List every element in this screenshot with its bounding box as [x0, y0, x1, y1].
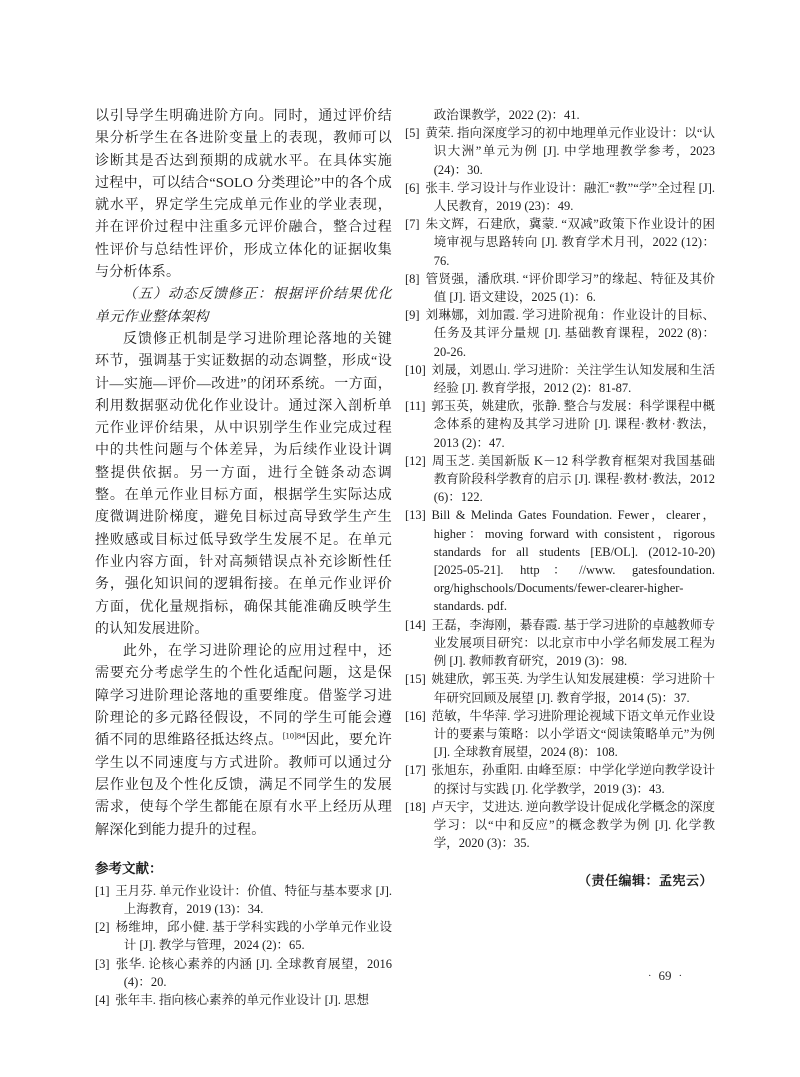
reference-item: [12]周玉芝. 美国新版 K－12 科学教育框架对我国基础教育阶段科学教育的启…	[405, 452, 715, 507]
reference-text: 刘琳娜，刘加霞. 学习进阶视角：作业设计的目标、任务及其评分量规 [J]. 基础…	[425, 308, 715, 358]
citation-superscript: [10]84	[283, 731, 306, 741]
reference-item: [16]范敏，牛华萍. 学习进阶理论视域下语文单元作业设计的要素与策略：以小学语…	[405, 707, 715, 762]
reference-text: 张旭东，孙重阳. 由峰至原：中学化学逆向教学设计的探讨与实践 [J]. 化学教学…	[431, 763, 715, 795]
reference-text: 黄荣. 指向深度学习的初中地理单元作业设计：以“认识大洲”单元为例 [J]. 中…	[425, 126, 715, 176]
page-number-dot: ·	[679, 970, 683, 982]
reference-label: [6]	[405, 181, 420, 195]
reference-label: [11]	[405, 399, 425, 413]
section-heading: （五）动态反馈修正：根据评价结果优化单元作业整体架构	[95, 284, 392, 329]
reference-label: [15]	[405, 672, 426, 686]
reference-item: [5]黄荣. 指向深度学习的初中地理单元作业设计：以“认识大洲”单元为例 [J]…	[405, 124, 715, 179]
reference-label: [10]	[405, 363, 426, 377]
reference-item: [3]张华. 论核心素养的内涵 [J]. 全球教育展望，2016 (4)：20.	[95, 955, 392, 991]
reference-text: 朱文辉，石建欣，冀蒙. “双减”政策下作业设计的困境审视与思路转向 [J]. 教…	[425, 217, 715, 267]
right-column: 政治课教学，2022 (2)：41. [5]黄荣. 指向深度学习的初中地理单元作…	[405, 106, 715, 889]
reference-item: [6]张丰. 学习设计与作业设计：融汇“教”“学”全过程 [J]. 人民教育，2…	[405, 179, 715, 215]
reference-label: [9]	[405, 308, 420, 322]
body-paragraph-personalization: 此外，在学习进阶理论的应用过程中，还需要充分考虑学生的个性化适配问题，这是保障学…	[95, 641, 392, 842]
reference-item: [1]王月芬. 单元作业设计：价值、特征与基本要求 [J]. 上海教育，2019…	[95, 882, 392, 918]
body-paragraph-continuation: 以引导学生明确进阶方向。同时，通过评价结果分析学生在各进阶变量上的表现，教师可以…	[95, 106, 392, 284]
reference-label: [8]	[405, 272, 420, 286]
reference-label: [4]	[95, 993, 110, 1007]
reference-text: 周玉芝. 美国新版 K－12 科学教育框架对我国基础教育阶段科学教育的启示 [J…	[431, 454, 715, 504]
reference-label: [16]	[405, 709, 426, 723]
reference-label: [5]	[405, 126, 420, 140]
reference-label: [3]	[95, 957, 110, 971]
reference-item: [2]杨维坤，邱小健. 基于学科实践的小学单元作业设计 [J]. 教学与管理，2…	[95, 918, 392, 954]
page-number-value: 69	[659, 968, 672, 983]
reference-label: [2]	[95, 920, 110, 934]
body-paragraph-feedback: 反馈修正机制是学习进阶理论落地的关键环节，强调基于实证数据的动态调整，形成“设计…	[95, 329, 392, 641]
reference-text: 卢天宇，艾进达. 逆向教学设计促成化学概念的深度学习：以“中和反应”的概念教学为…	[431, 800, 715, 850]
reference-text: 王磊，李海刚，綦春霞. 基于学习进阶的卓越教师专业发展项目研究：以北京市中小学名…	[431, 618, 715, 668]
reference-item: [9]刘琳娜，刘加霞. 学习进阶视角：作业设计的目标、任务及其评分量规 [J].…	[405, 306, 715, 361]
reference-text: 张年丰. 指向核心素养的单元作业设计 [J]. 思想	[115, 993, 369, 1007]
page-number-dot: ·	[648, 970, 652, 982]
paragraph-text: 因此，要允许学生以不同速度与方式进阶。教师可以通过分层作业包及个性化反馈，满足不…	[95, 733, 392, 837]
page-number: ·69·	[610, 968, 720, 984]
reference-text: 王月芬. 单元作业设计：价值、特征与基本要求 [J]. 上海教育，2019 (1…	[115, 884, 392, 916]
left-column: 以引导学生明确进阶方向。同时，通过评价结果分析学生在各进阶变量上的表现，教师可以…	[95, 106, 392, 1009]
reference-text: 郭玉英，姚建欣，张静. 整合与发展：科学课程中概念体系的建构及其学习进阶 [J]…	[431, 399, 715, 449]
reference-text: 杨维坤，邱小健. 基于学科实践的小学单元作业设计 [J]. 教学与管理，2024…	[115, 920, 392, 952]
reference-label: [17]	[405, 763, 426, 777]
reference-label: [12]	[405, 454, 426, 468]
editor-note: （责任编辑：孟宪云）	[405, 870, 715, 889]
reference-label: [7]	[405, 217, 420, 231]
reference-text: 张丰. 学习设计与作业设计：融汇“教”“学”全过程 [J]. 人民教育，2019…	[425, 181, 715, 213]
journal-page: 以引导学生明确进阶方向。同时，通过评价结果分析学生在各进阶变量上的表现，教师可以…	[0, 0, 800, 1077]
reference-text: 管贤强，潘欣琪. “评价即学习”的缘起、特征及其价值 [J]. 语文建设，202…	[425, 272, 715, 304]
reference-text: 范敏，牛华萍. 学习进阶理论视域下语文单元作业设计的要素与策略：以小学语文“阅读…	[431, 709, 715, 759]
reference-text: Bill & Melinda Gates Foundation. Fewer，c…	[431, 508, 715, 613]
reference-item: [14]王磊，李海刚，綦春霞. 基于学习进阶的卓越教师专业发展项目研究：以北京市…	[405, 616, 715, 671]
reference-label: [18]	[405, 800, 426, 814]
reference-text: 刘晟，刘恩山. 学习进阶：关注学生认知发展和生活经验 [J]. 教育学报，201…	[431, 363, 715, 395]
reference-item: [18]卢天宇，艾进达. 逆向教学设计促成化学概念的深度学习：以“中和反应”的概…	[405, 798, 715, 853]
reference-item: [4]张年丰. 指向核心素养的单元作业设计 [J]. 思想	[95, 991, 392, 1009]
reference-item: [10]刘晟，刘恩山. 学习进阶：关注学生认知发展和生活经验 [J]. 教育学报…	[405, 361, 715, 397]
reference-label: [14]	[405, 618, 426, 632]
reference-label: [1]	[95, 884, 110, 898]
reference-text: 姚建欣，郭玉英. 为学生认知发展建模：学习进阶十年研究回顾及展望 [J]. 教育…	[431, 672, 715, 704]
reference-item: [13]Bill & Melinda Gates Foundation. Few…	[405, 506, 715, 615]
reference-continuation: 政治课教学，2022 (2)：41.	[405, 106, 715, 124]
references-heading: 参考文献：	[95, 857, 392, 877]
reference-item: [7]朱文辉，石建欣，冀蒙. “双减”政策下作业设计的困境审视与思路转向 [J]…	[405, 215, 715, 270]
reference-item: [11]郭玉英，姚建欣，张静. 整合与发展：科学课程中概念体系的建构及其学习进阶…	[405, 397, 715, 452]
reference-label: [13]	[405, 508, 426, 522]
reference-item: [17]张旭东，孙重阳. 由峰至原：中学化学逆向教学设计的探讨与实践 [J]. …	[405, 761, 715, 797]
reference-text: 张华. 论核心素养的内涵 [J]. 全球教育展望，2016 (4)：20.	[115, 957, 392, 989]
reference-item: [8]管贤强，潘欣琪. “评价即学习”的缘起、特征及其价值 [J]. 语文建设，…	[405, 270, 715, 306]
reference-item: [15]姚建欣，郭玉英. 为学生认知发展建模：学习进阶十年研究回顾及展望 [J]…	[405, 670, 715, 706]
